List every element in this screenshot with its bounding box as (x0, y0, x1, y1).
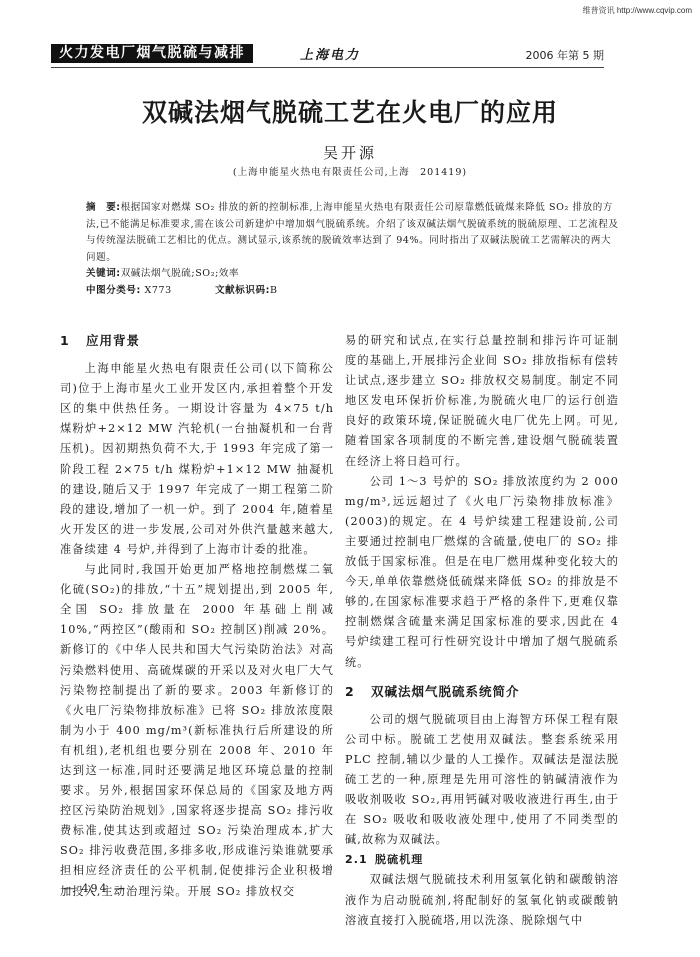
watermark: 维普资讯 http://www.cqvip.com (583, 5, 692, 16)
section-number: 2 (345, 682, 371, 702)
article-title: 双碱法烟气脱硫工艺在火电厂的应用 (0, 93, 700, 129)
doc-code: B (270, 285, 278, 296)
clc-code: X773 (145, 285, 172, 296)
keywords-label: 关键词: (86, 268, 121, 279)
paragraph: 易的研究和试点,在实行总量控制和排污许可证制度的基础上,开展排污企业间 SO₂ … (345, 331, 619, 472)
subsection-heading-2-1: 2.1脱硫机理 (345, 850, 619, 870)
section-title: 应用背景 (86, 333, 140, 348)
subsection-number: 2.1 (345, 850, 375, 870)
subsection-title: 脱硫机理 (375, 853, 423, 866)
section-heading-1: 1应用背景 (60, 331, 334, 351)
paragraph: 公司 1～3 号炉的 SO₂ 排放浓度约为 2 000 mg/m³,远远超过了《… (345, 472, 619, 673)
keywords: 双碱法烟气脱硫;SO₂;效率 (121, 268, 239, 279)
paragraph: 公司的烟气脱硫项目由上海智方环保工程有限公司中标。脱硫工艺使用双碱法。整套系统采… (345, 710, 619, 851)
page-number: — 494 — (63, 882, 127, 895)
paragraph: 双碱法烟气脱硫技术利用氢氧化钠和碳酸钠溶液作为启动脱硫剂,将配制好的氢氧化钠或碳… (345, 870, 619, 930)
left-column: 1应用背景 上海申能星火热电有限责任公司(以下简称公司)位于上海市星火工业开发区… (60, 331, 334, 902)
section-title: 双碱法烟气脱硫系统简介 (371, 684, 520, 699)
keywords-line: 关键词:双碱法烟气脱硫;SO₂;效率 (86, 266, 620, 283)
author: 吴开源 (0, 142, 700, 163)
paragraph: 与此同时,我国开始更加严格地控制燃煤二氧化硫(SO₂)的排放,“十五”规划提出,… (60, 560, 334, 902)
journal-name: 上海电力 (300, 44, 360, 63)
abstract-text: 根据国家对燃煤 SO₂ 排放的新的控制标准,上海申能星火热电有限责任公司原靠燃低… (86, 202, 618, 263)
abstract-block: 摘 要:根据国家对燃煤 SO₂ 排放的新的控制标准,上海申能星火热电有限责任公司… (86, 200, 620, 299)
classification-line: 中图分类号: X773 文献标识码:B (86, 283, 620, 300)
affiliation: (上海申能星火热电有限责任公司,上海 201419) (0, 164, 700, 178)
section-badge: 火力发电厂烟气脱硫与减排 (51, 44, 253, 63)
header-divider (51, 67, 604, 68)
right-column: 易的研究和试点,在实行总量控制和排污许可证制度的基础上,开展排污企业间 SO₂ … (345, 331, 619, 931)
section-heading-2: 2双碱法烟气脱硫系统简介 (345, 682, 619, 702)
abstract: 摘 要:根据国家对燃煤 SO₂ 排放的新的控制标准,上海申能星火热电有限责任公司… (86, 200, 620, 266)
abstract-label: 摘 要: (86, 202, 121, 213)
clc-label: 中图分类号: (86, 285, 141, 296)
paragraph: 上海申能星火热电有限责任公司(以下简称公司)位于上海市星火工业开发区内,承担着整… (60, 359, 334, 560)
issue-label: 2006 年第 5 期 (526, 47, 604, 63)
section-number: 1 (60, 331, 86, 351)
doc-code-label: 文献标识码: (215, 285, 270, 296)
